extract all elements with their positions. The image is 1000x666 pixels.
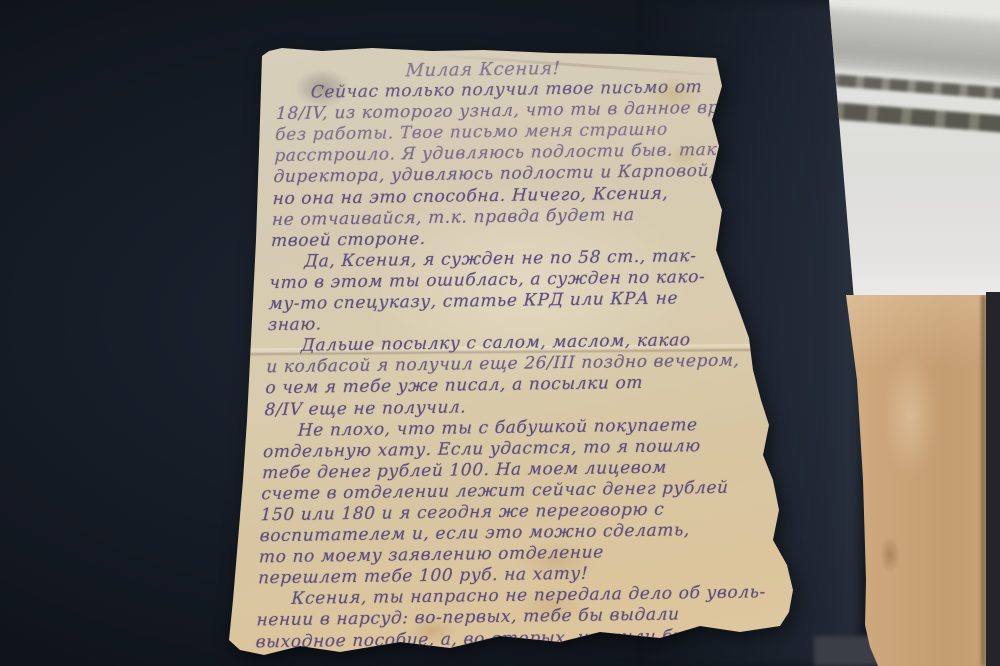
table-right-shadow (986, 292, 1000, 666)
photo-of-letter: Милая Ксения!Сейчас только получил твое … (0, 0, 1000, 666)
letter-paper: Милая Ксения!Сейчас только получил твое … (222, 46, 804, 660)
letter-text: Милая Ксения!Сейчас только получил твое … (255, 56, 738, 653)
letter-paper-wrap: Милая Ксения!Сейчас только получил твое … (222, 46, 804, 660)
wall-gray-band (813, 7, 1000, 83)
